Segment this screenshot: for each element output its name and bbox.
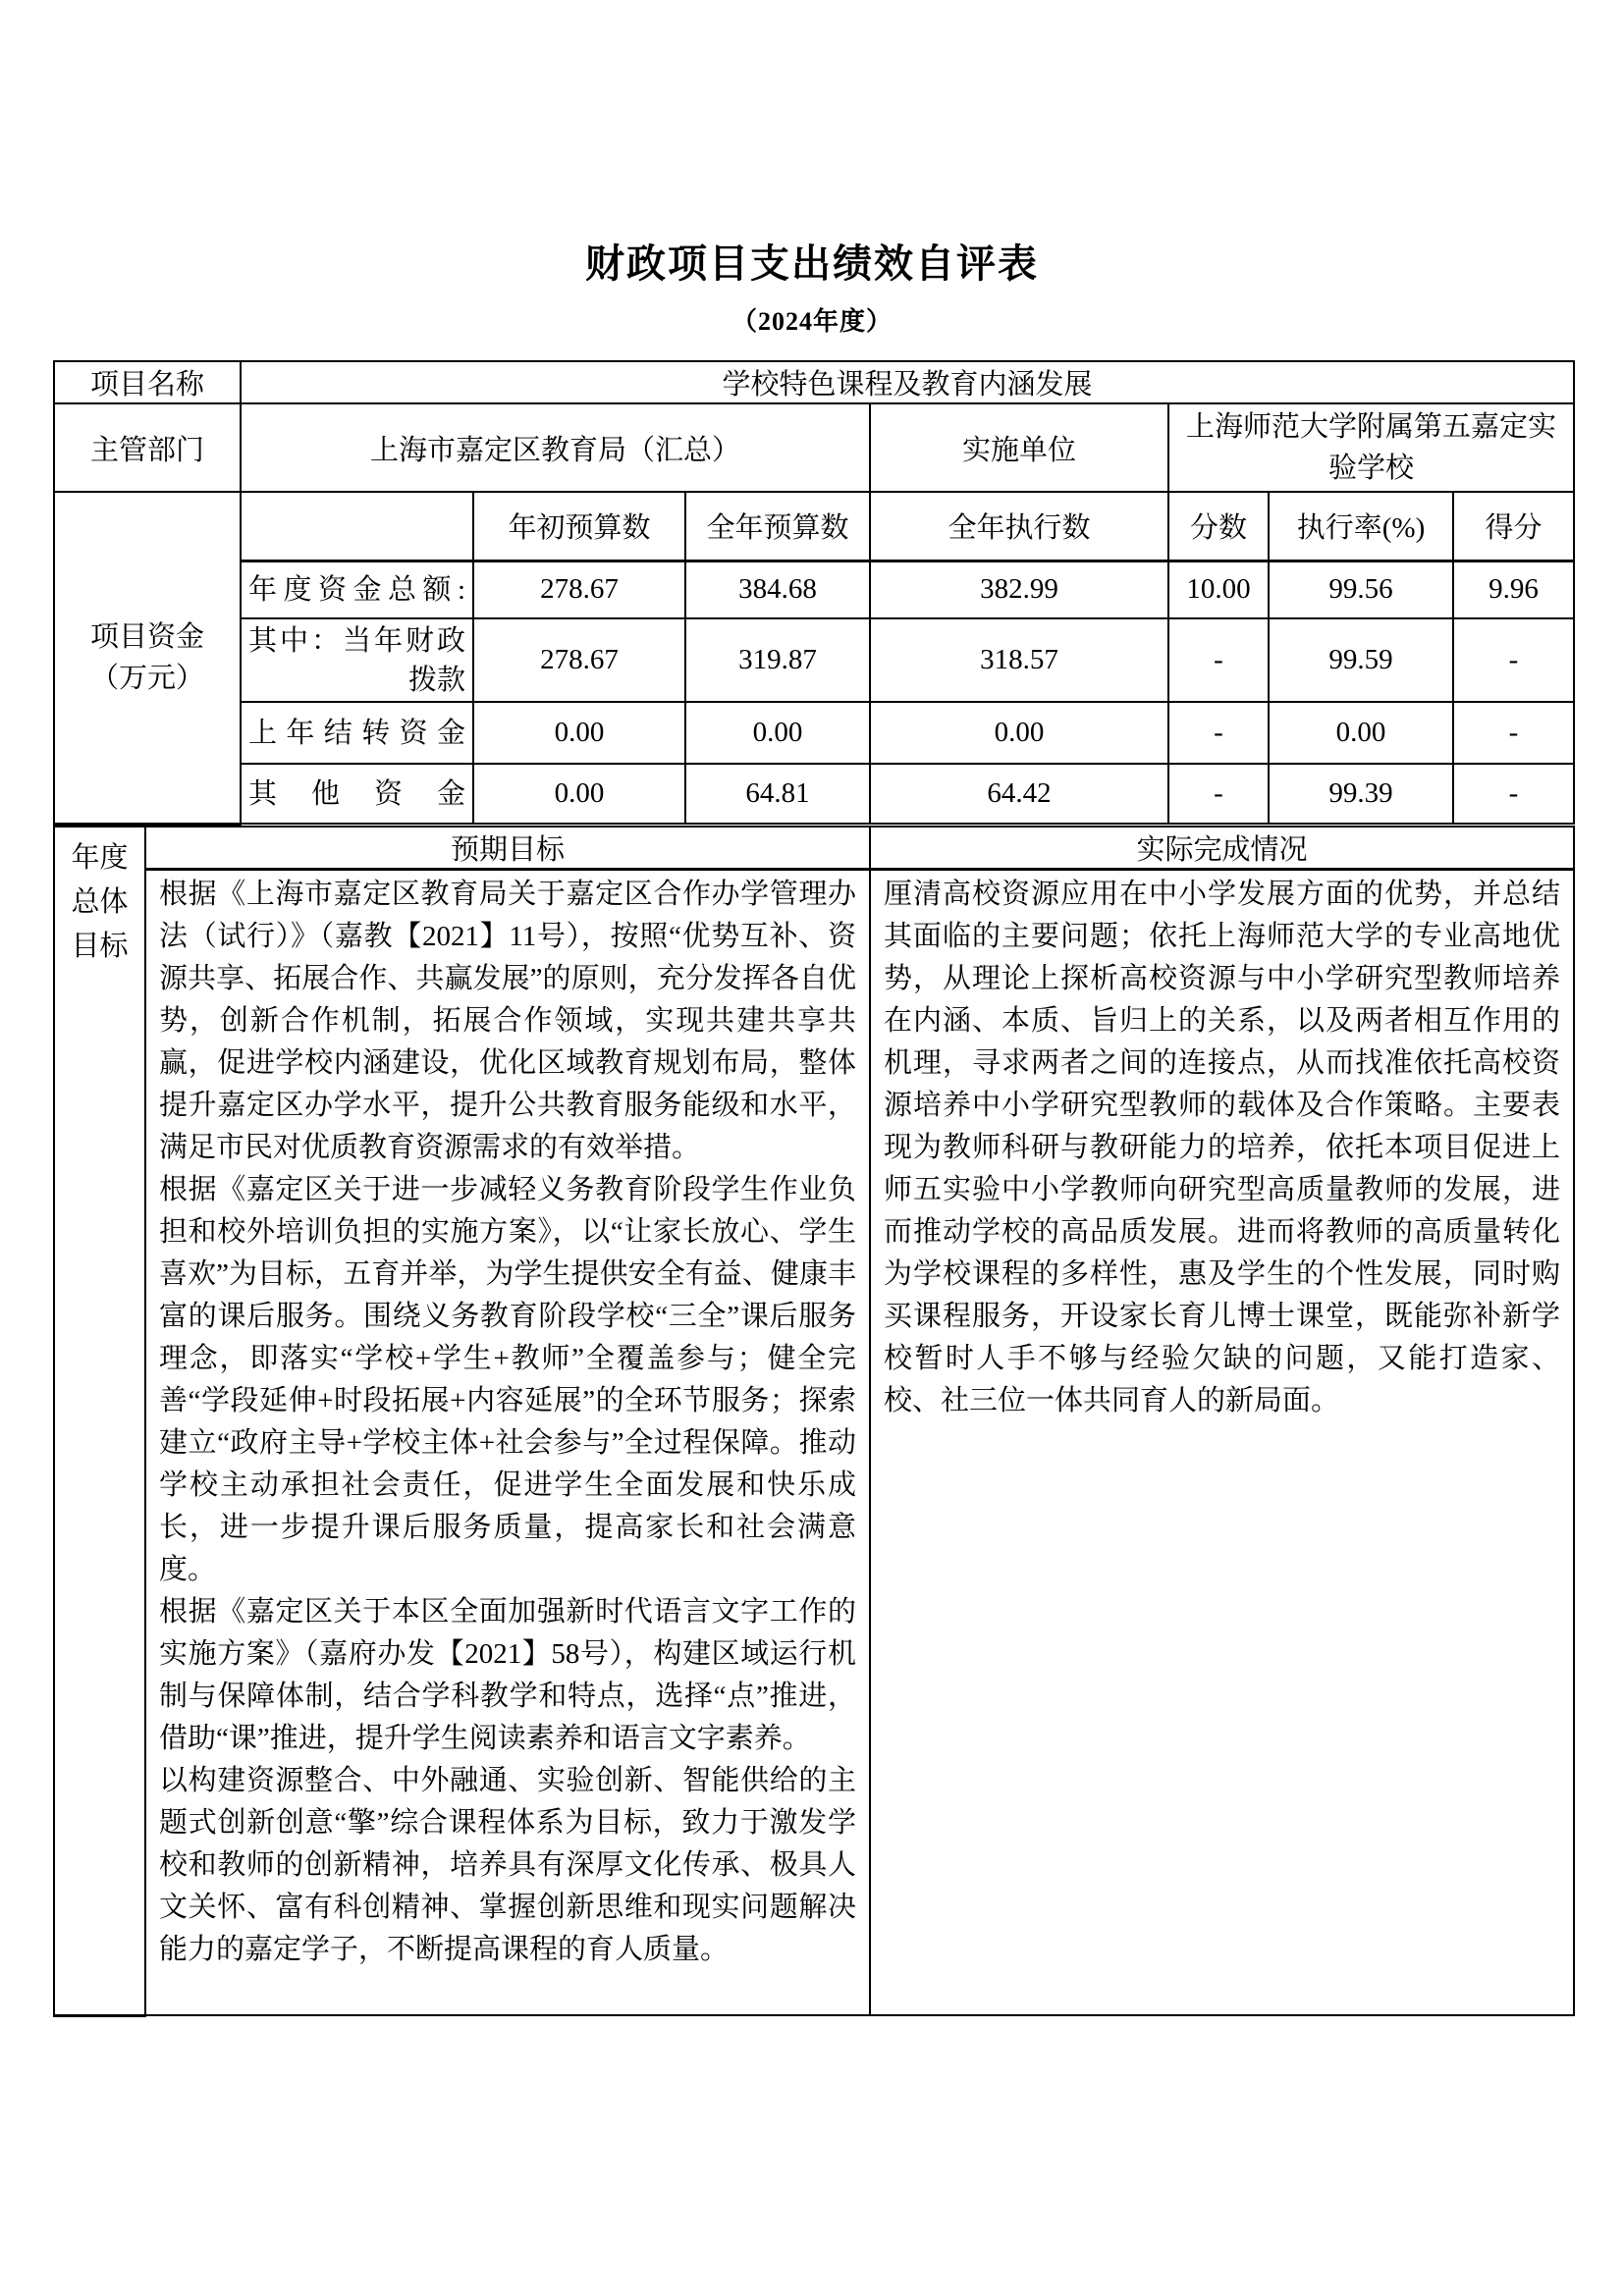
expected-goals-header: 预期目标 [145, 827, 870, 870]
funds-row-carryover: 上年结转资金 0.00 0.00 0.00 - 0.00 - [54, 702, 1574, 764]
project-name-label: 项目名称 [54, 361, 241, 403]
funds-section-label: 项目资金 （万元） [54, 492, 241, 824]
funds-value-score: - [1168, 764, 1269, 824]
funds-value-rate: 99.56 [1269, 561, 1453, 618]
funds-header-empty-cell [241, 492, 473, 561]
department-value: 上海市嘉定区教育局（汇总） [241, 403, 870, 492]
funds-header-executed: 全年执行数 [870, 492, 1168, 561]
funds-row-fiscal: 其中：当年财政拨款 278.67 319.87 318.57 - 99.59 - [54, 618, 1574, 702]
funds-value-annual: 64.81 [685, 764, 870, 824]
page-title: 财政项目支出绩效自评表 [0, 233, 1624, 289]
funds-row-label: 上年结转资金 [241, 702, 473, 764]
funds-value-points: 9.96 [1453, 561, 1574, 618]
actual-completion-header: 实际完成情况 [870, 827, 1574, 870]
funds-value-initial: 278.67 [473, 561, 685, 618]
funds-value-score: 10.00 [1168, 561, 1269, 618]
funds-row-total: 年度资金总额: 278.67 384.68 382.99 10.00 99.56… [54, 561, 1574, 618]
funds-value-executed: 382.99 [870, 561, 1168, 618]
expected-goal-paragraph: 根据《上海市嘉定区教育局关于嘉定区合作办学管理办法（试行）》（嘉教【2021】1… [159, 874, 856, 1169]
funds-header-points: 得分 [1453, 492, 1574, 561]
department-row: 主管部门 上海市嘉定区教育局（汇总） 实施单位 上海师范大学附属第五嘉定实验学校 [54, 403, 1574, 492]
expected-goal-paragraph: 根据《嘉定区关于进一步减轻义务教育阶段学生作业负担和校外培训负担的实施方案》，以… [159, 1169, 856, 1591]
expected-goal-paragraph: 根据《嘉定区关于本区全面加强新时代语言文字工作的实施方案》（嘉府办发【2021】… [159, 1591, 856, 1760]
funds-value-rate: 0.00 [1269, 702, 1453, 764]
project-funds-table: 项目名称 学校特色课程及教育内涵发展 主管部门 上海市嘉定区教育局（汇总） 实施… [53, 360, 1575, 826]
annual-goals-table: 年度 总体 目标 预期目标 实际完成情况 根据《上海市嘉定区教育局关于嘉定区合作… [53, 826, 1575, 2017]
funds-header-annual: 全年预算数 [685, 492, 870, 561]
funds-row-label: 其他资金 [241, 764, 473, 824]
funds-header-rate: 执行率(%) [1269, 492, 1453, 561]
funds-value-points: - [1453, 702, 1574, 764]
funds-value-annual: 384.68 [685, 561, 870, 618]
actual-completion-cell: 厘清高校资源应用在中小学发展方面的优势，并总结其面临的主要问题；依托上海师范大学… [870, 869, 1574, 2015]
funds-header-score: 分数 [1168, 492, 1269, 561]
expected-goal-paragraph: 以构建资源整合、中外融通、实验创新、智能供给的主题式创新创意“擎”综合课程体系为… [159, 1760, 856, 1971]
funds-value-initial: 0.00 [473, 764, 685, 824]
project-name-value: 学校特色课程及教育内涵发展 [241, 361, 1574, 403]
project-name-row: 项目名称 学校特色课程及教育内涵发展 [54, 361, 1574, 403]
funds-row-label: 其中：当年财政拨款 [241, 618, 473, 702]
funds-value-points: - [1453, 618, 1574, 702]
implementing-unit-label: 实施单位 [870, 403, 1168, 492]
funds-header-initial: 年初预算数 [473, 492, 685, 561]
actual-completion-paragraph: 厘清高校资源应用在中小学发展方面的优势，并总结其面临的主要问题；依托上海师范大学… [884, 874, 1560, 1422]
funds-value-executed: 64.42 [870, 764, 1168, 824]
funds-value-executed: 318.57 [870, 618, 1168, 702]
funds-value-score: - [1168, 702, 1269, 764]
funds-value-executed: 0.00 [870, 702, 1168, 764]
funds-value-initial: 0.00 [473, 702, 685, 764]
expected-goals-cell: 根据《上海市嘉定区教育局关于嘉定区合作办学管理办法（试行）》（嘉教【2021】1… [145, 869, 870, 2015]
funds-value-rate: 99.59 [1269, 618, 1453, 702]
self-evaluation-table: 项目名称 学校特色课程及教育内涵发展 主管部门 上海市嘉定区教育局（汇总） 实施… [53, 360, 1573, 2017]
goals-section-label: 年度 总体 目标 [54, 827, 145, 2016]
funds-header-row: 项目资金 （万元） 年初预算数 全年预算数 全年执行数 分数 执行率(%) 得分 [54, 492, 1574, 561]
page-subtitle: （2024年度） [0, 301, 1624, 338]
goals-content-row: 根据《上海市嘉定区教育局关于嘉定区合作办学管理办法（试行）》（嘉教【2021】1… [54, 869, 1574, 2015]
funds-value-annual: 0.00 [685, 702, 870, 764]
funds-value-initial: 278.67 [473, 618, 685, 702]
funds-row-label: 年度资金总额: [241, 561, 473, 618]
funds-value-rate: 99.39 [1269, 764, 1453, 824]
implementing-unit-value: 上海师范大学附属第五嘉定实验学校 [1168, 403, 1574, 492]
goals-header-row: 年度 总体 目标 预期目标 实际完成情况 [54, 827, 1574, 870]
funds-value-points: - [1453, 764, 1574, 824]
funds-row-other: 其他资金 0.00 64.81 64.42 - 99.39 - [54, 764, 1574, 824]
funds-value-score: - [1168, 618, 1269, 702]
funds-value-annual: 319.87 [685, 618, 870, 702]
department-label: 主管部门 [54, 403, 241, 492]
document-page: 财政项目支出绩效自评表 （2024年度） 项目名称 学校特色课程及教育内涵发展 … [0, 0, 1624, 2296]
